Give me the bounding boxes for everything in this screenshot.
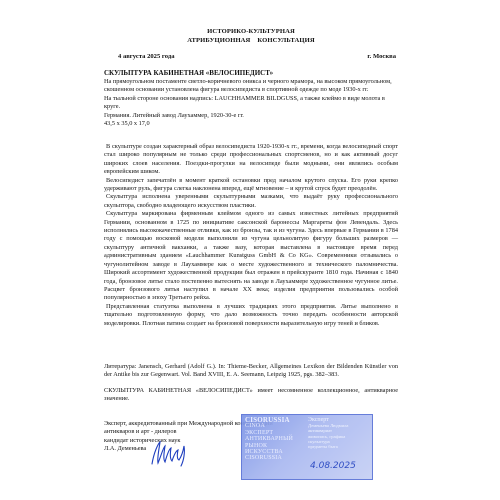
title-line-2: АТРИБУЦИОННАЯ КОНСУЛЬТАЦИЯ	[104, 36, 398, 45]
body-paragraph: В скульптуре создан характерный образ ве…	[104, 143, 398, 177]
document-date: 4 августа 2025 года	[118, 52, 175, 61]
title-line-1: ИСТОРИКО-КУЛЬТУРНАЯ	[104, 27, 398, 36]
stamp-line: предметы быта	[308, 444, 370, 449]
body-paragraph: Представленная статуэтка выполнена в луч…	[104, 303, 398, 328]
description-dimensions: 43,5 х 35,0 х 17,0	[104, 120, 398, 128]
stamp-handwritten-date: 4.08.2025	[310, 461, 356, 471]
stamp-right-panel: Эксперт Деменьева Людмила антиквариат жи…	[308, 418, 370, 449]
conclusion: СКУЛЬПТУРА КАБИНЕТНАЯ «ВЕЛОСИПЕДИСТ» име…	[104, 387, 398, 404]
body-text: В скульптуре создан характерный образ ве…	[104, 143, 398, 328]
literature-reference: Литература: Janensch, Gerhard (Adolf G.)…	[104, 363, 398, 380]
expert-stamp: CISORUSSIA CINOA ЭКСПЕРТ АНТИКВАРНЫЙ РЫН…	[241, 414, 373, 480]
stamp-left-panel: CISORUSSIA CINOA ЭКСПЕРТ АНТИКВАРНЫЙ РЫН…	[245, 417, 307, 462]
body-paragraph: Скульптура маркирована фирменным клеймом…	[104, 210, 398, 302]
body-paragraph: Велосипедист запечатлён в момент краткой…	[104, 177, 398, 194]
body-paragraph: Скульптура исполнена уверенными скульпту…	[104, 193, 398, 210]
description-line: На тыльной стороне основания надпись: LA…	[104, 95, 398, 112]
description-line: Германия. Литейный завод Лаухаммер, 1920…	[104, 112, 398, 120]
stamp-line: CISORUSSIA	[245, 455, 307, 461]
document-title: ИСТОРИКО-КУЛЬТУРНАЯ АТРИБУЦИОННАЯ КОНСУЛ…	[104, 27, 398, 45]
description-line: На прямоугольном постаменте светло-корич…	[104, 78, 398, 95]
object-heading: СКУЛЬПТУРА КАБИНЕТНАЯ «ВЕЛОСИПЕДИСТ»	[104, 69, 273, 78]
signature-icon	[148, 438, 192, 468]
object-description: На прямоугольном постаменте светло-корич…	[104, 78, 398, 128]
document-city: г. Москва	[367, 52, 396, 61]
